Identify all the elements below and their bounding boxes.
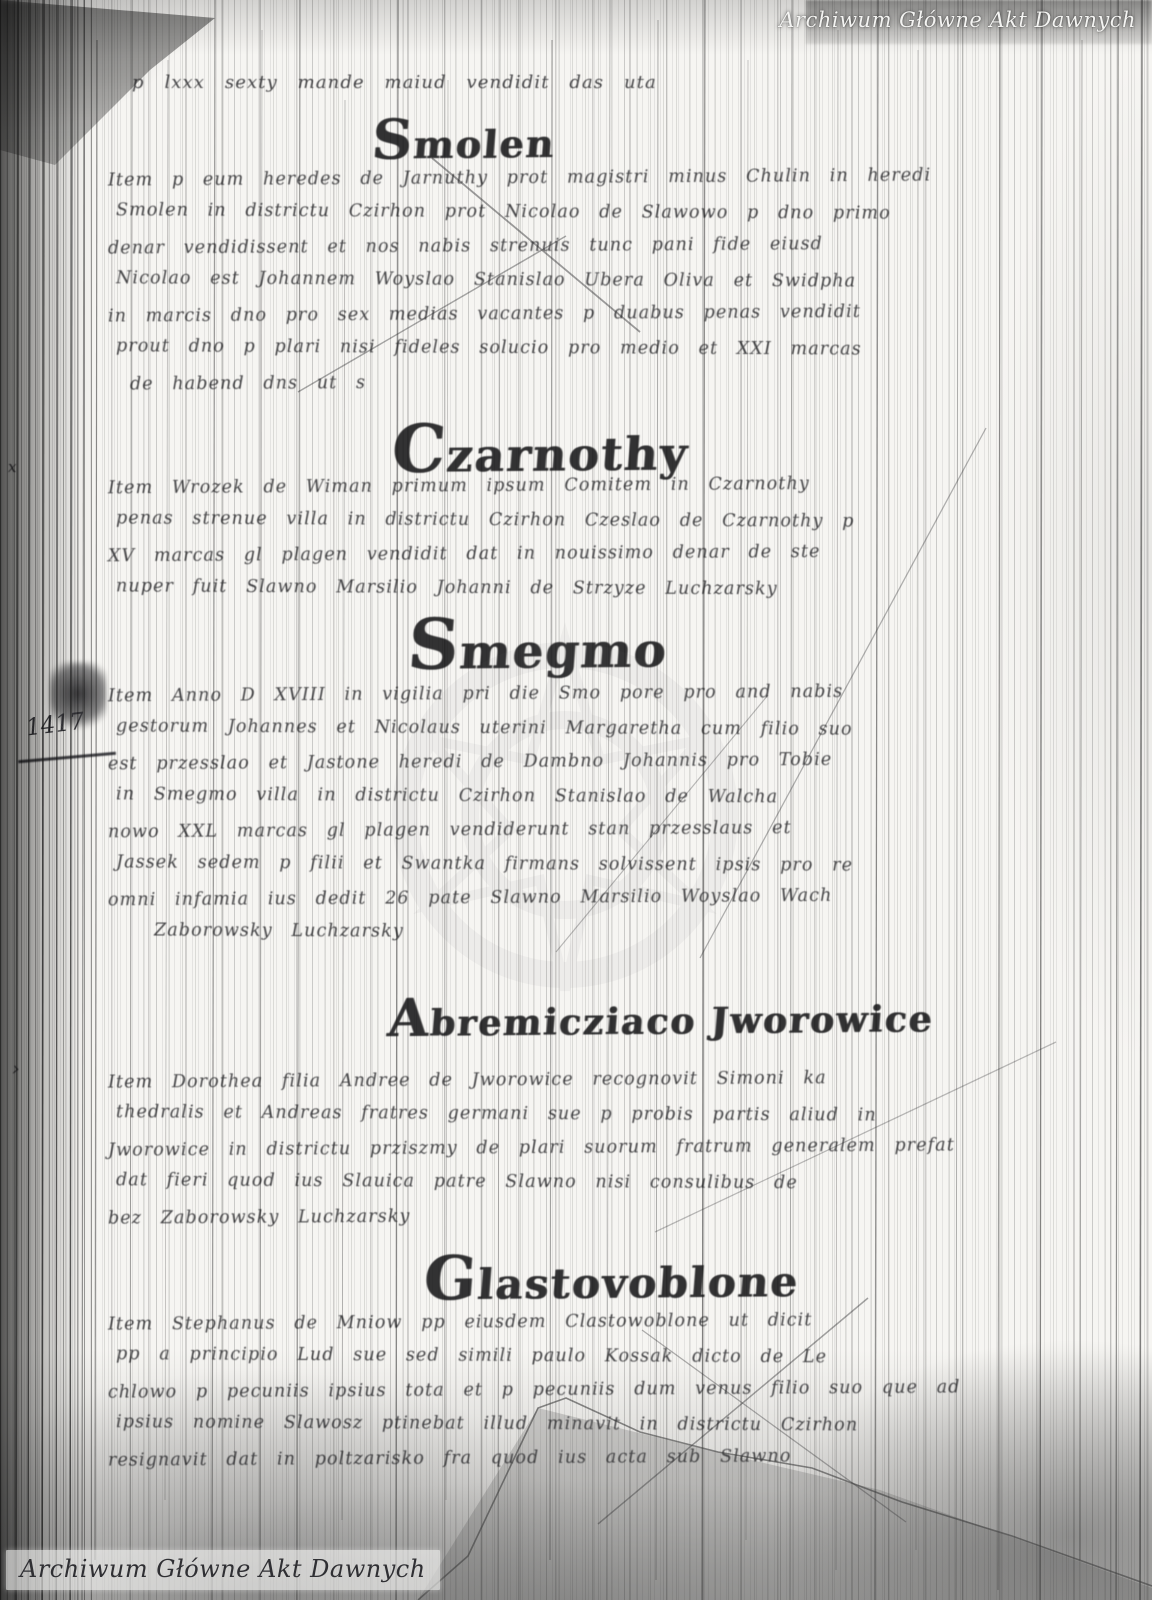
manuscript-line: Item Anno D XVIII in vigilia pri die Smo… — [108, 682, 853, 721]
margin-mark: x — [8, 458, 16, 476]
manuscript-line: Jassek sedem p filii et Swantka firmans … — [116, 852, 853, 889]
manuscript-line: prout dno p plari nisi fideles solucio p… — [116, 336, 931, 374]
manuscript-line: bez Zaborowsky Luchzarsky — [108, 1203, 955, 1242]
manuscript-line: nowo XXL marcas gl plagen vendiderunt st… — [108, 818, 853, 857]
paragraph-smolen: Item p eum heredes de Jarnuthy prot magi… — [108, 168, 931, 406]
manuscript-line: in marcis dno pro sex medias vacantes p … — [108, 301, 931, 340]
manuscript-line: in Smegmo villa in districtu Czirhon Sta… — [116, 784, 853, 821]
archive-watermark-band-bottom: Archiwum Główne Akt Dawnych — [6, 1550, 440, 1590]
paragraph-smegmo: Item Anno D XVIII in vigilia pri die Smo… — [108, 684, 853, 956]
manuscript-scan-page: p lxxx sexty mande maiud vendidit das ut… — [0, 0, 1152, 1600]
margin-mark: › — [12, 1058, 20, 1080]
paragraph-glastovoblone: Item Stephanus de Mniow pp eiusdem Clast… — [108, 1312, 961, 1482]
manuscript-line: thedralis et Andreas fratres germani sue… — [116, 1102, 955, 1140]
manuscript-line: chlowo p pecuniis ipsius tota et p pecun… — [108, 1377, 961, 1416]
manuscript-line: est przesslao et Jastone heredi de Dambn… — [108, 750, 853, 789]
manuscript-line: resignavit dat in poltzarisko fra quod i… — [108, 1445, 961, 1484]
manuscript-line: Item Wrozek de Wiman primum ipsum Comite… — [108, 474, 855, 513]
manuscript-line: denar vendidissent et nos nabis strenuis… — [108, 233, 931, 272]
manuscript-line: de habend dns ut s — [130, 370, 931, 409]
manuscript-line: gestorum Johannes et Nicolaus uterini Ma… — [116, 716, 853, 753]
manuscript-line: Zaborowsky Luchzarsky — [154, 920, 853, 957]
manuscript-line: penas strenue villa in districtu Czirhon… — [116, 508, 855, 545]
manuscript-line: Item Dorothea filia Andree de Jworowice … — [108, 1067, 955, 1106]
section-heading-glastovoblone: Glastovoblone — [421, 1240, 802, 1314]
margin-year-underline — [18, 752, 116, 763]
manuscript-line: Smolen in districtu Czirhon prot Nicolao… — [116, 200, 931, 238]
manuscript-text-layer: p lxxx sexty mande maiud vendidit das ut… — [0, 0, 1152, 1600]
section-heading-jworowice: Abremicziaco Jworowice — [385, 984, 936, 1050]
archive-watermark-top: Archiwum Główne Akt Dawnych — [779, 8, 1136, 32]
manuscript-line: Item Stephanus de Mniow pp eiusdem Clast… — [108, 1309, 961, 1348]
section-heading-smegmo: Smegmo — [405, 603, 672, 686]
manuscript-line: pp a principio Lud sue sed simili paulo … — [116, 1344, 961, 1382]
manuscript-line: dat fieri quod ius Slauica patre Slawno … — [116, 1170, 955, 1208]
paragraph-czarnothy: Item Wrozek de Wiman primum ipsum Comite… — [108, 476, 854, 612]
manuscript-line: Nicolao est Johannem Woyslao Stanislao U… — [116, 268, 931, 306]
section-heading-smolen: Smolen — [369, 105, 558, 172]
margin-year-note: 1417 — [25, 709, 86, 742]
manuscript-line: p lxxx sexty mande maiud vendidit das ut… — [132, 72, 657, 93]
manuscript-line: XV marcas gl plagen vendidit dat in noui… — [108, 542, 855, 581]
manuscript-line: Item p eum heredes de Jarnuthy prot magi… — [108, 165, 931, 204]
paragraph-jworowice: Item Dorothea filia Andree de Jworowice … — [108, 1070, 955, 1240]
manuscript-line: Jworowice in districtu prziszmy de plari… — [108, 1135, 955, 1174]
manuscript-line: omni infamia ius dedit 26 pate Slawno Ma… — [108, 886, 853, 925]
archive-watermark-bottom: Archiwum Główne Akt Dawnych — [20, 1555, 426, 1583]
manuscript-line: ipsius nomine Slawosz ptinebat illud min… — [116, 1412, 961, 1450]
